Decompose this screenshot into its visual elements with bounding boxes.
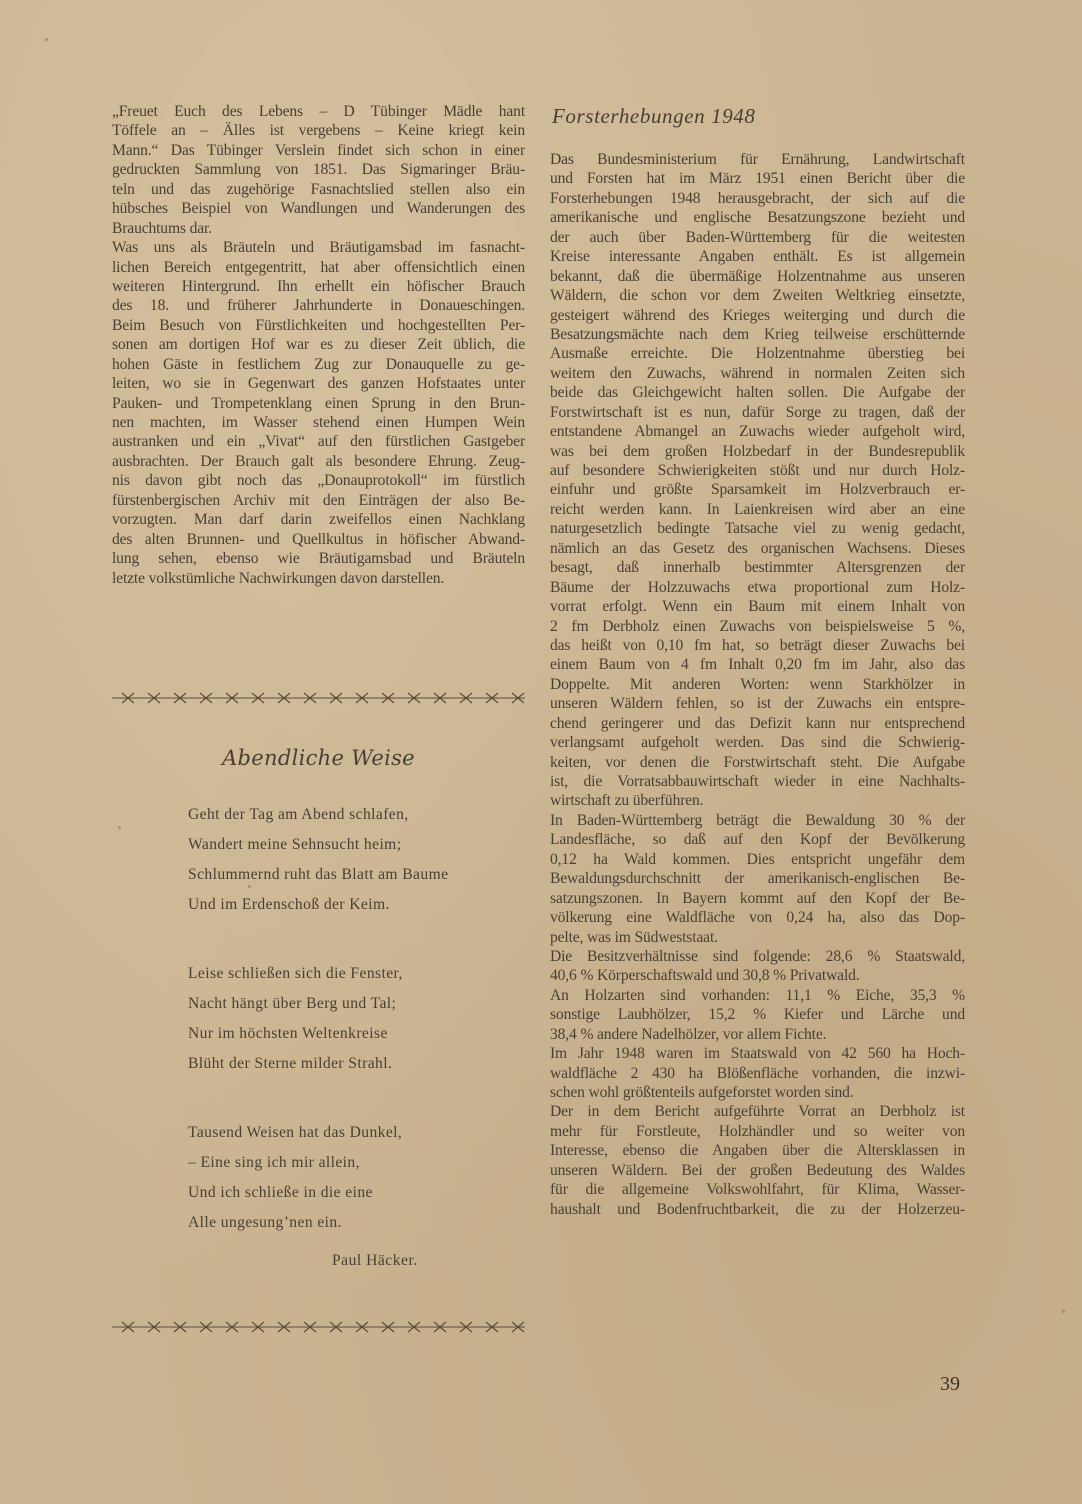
text-line: „Freuet Euch des Lebens – D Tübinger Mäd… <box>112 102 525 121</box>
poem-line: Blüht der Sterne milder Strahl. <box>188 1055 392 1073</box>
text-line: vorrat erfolgt. Wenn ein Baum mit einem … <box>550 597 965 616</box>
text-line: In Baden-Württemberg beträgt die Bewaldu… <box>550 811 965 830</box>
poem-line: Schlummernd ruht das Blatt am Baume <box>188 866 448 884</box>
text-line: weitem den Zuwachs, während in normalen … <box>550 364 965 383</box>
text-line: bekannt, daß die übermäßige Holzentnahme… <box>550 267 965 286</box>
text-line: austranken und ein „Vivat“ auf den fürst… <box>112 432 525 451</box>
text-line: Was uns als Bräuteln und Bräutigamsbad i… <box>112 238 525 257</box>
paragraph: Im Jahr 1948 waren im Staatswald von 42 … <box>550 1044 965 1102</box>
poem-line: Und im Erdenschoß der Keim. <box>188 896 390 914</box>
text-line: 0,12 ha Wald kommen. Dies entspricht ung… <box>550 850 965 869</box>
text-line: hübsches Beispiel von Wandlungen und Wan… <box>112 199 525 218</box>
text-line: reicht werden kann. In Laienkreisen wird… <box>550 500 965 519</box>
text-line: des 18. und früherer Jahrhunderte in Don… <box>112 296 525 315</box>
text-line: fürstenbergischen Archiv mit den Einträg… <box>112 491 525 510</box>
text-line: das heißt von 0,10 fm hat, so beträgt di… <box>550 636 965 655</box>
poem-line: Wandert meine Sehnsucht heim; <box>188 836 401 854</box>
paragraph: Die Besitzverhältnisse sind folgende: 28… <box>550 947 965 986</box>
poem-line: Alle ungesung’nen ein. <box>188 1214 342 1232</box>
text-line: nen machten, im Wasser stehend einen Hum… <box>112 413 525 432</box>
paragraph: Was uns als Bräuteln und Bräutigamsbad i… <box>112 238 525 588</box>
poem-line: Und ich schließe in die eine <box>188 1184 373 1202</box>
text-line: Forstwirtschaft ist es nun, dafür Sorge … <box>550 403 965 422</box>
text-line: leiten, wo sie in Gegenwart des ganzen H… <box>112 374 525 393</box>
text-line: amerikanische und englische Besatzungszo… <box>550 208 965 227</box>
poem-line: Leise schließen sich die Fenster, <box>188 965 403 983</box>
text-line: 2 fm Derbholz einen Zuwachs von beispiel… <box>550 617 965 636</box>
text-line: Das Bundesministerium für Ernährung, Lan… <box>550 150 965 169</box>
text-line: teln und das zugehörige Fasnachtslied st… <box>112 180 525 199</box>
text-line: 40,6 % Körperschaftswald und 30,8 % Priv… <box>550 966 965 985</box>
text-line: Besatzungsmächte nach dem Krieg teilweis… <box>550 325 965 344</box>
text-line: An Holzarten sind vorhanden: 11,1 % Eich… <box>550 986 965 1005</box>
text-line: Interesse, ebenso die Angaben über die A… <box>550 1141 965 1160</box>
text-line: lichen Bereich entgegentritt, hat aber o… <box>112 258 525 277</box>
text-line: und Forsten hat im März 1951 einen Beric… <box>550 169 965 188</box>
text-line: der auch über Baden-Württemberg für die … <box>550 228 965 247</box>
poem-line: Nur im höchsten Weltenkreise <box>188 1025 388 1043</box>
text-line: was bei dem großen Holzbedarf in der Bun… <box>550 442 965 461</box>
text-line: Landesfläche, so daß auf den Kopf der Be… <box>550 830 965 849</box>
text-line: für die allgemeine Volkswohlfahrt, für K… <box>550 1180 965 1199</box>
text-line: schen wohl größtenteils aufgeforstet wor… <box>550 1083 965 1102</box>
poem-line: Nacht hängt über Berg und Tal; <box>188 995 396 1013</box>
text-line: beide das Gleichgewicht halten sollen. D… <box>550 383 965 402</box>
text-line: naturgesetzlich bedingte Tatsache viel z… <box>550 519 965 538</box>
text-line: Brauchtums dar. <box>112 219 525 238</box>
article-heading: Forsterhebungen 1948 <box>552 104 756 129</box>
poem-title: Abendliche Weise <box>112 746 525 770</box>
text-line: unseren Wäldern. Bei der großen Bedeutun… <box>550 1161 965 1180</box>
paragraph: Der in dem Bericht aufgeführte Vorrat an… <box>550 1102 965 1219</box>
text-line: 38,4 % andere Nadelhölzer, vor allem Fic… <box>550 1025 965 1044</box>
cross-stitch-divider-icon <box>112 1320 525 1334</box>
text-line: waldfläche 2 430 ha Blößenfläche vorhand… <box>550 1064 965 1083</box>
poem-line: – Eine sing ich mir allein, <box>188 1154 360 1172</box>
text-line: pelte, was im Südweststaat. <box>550 928 965 947</box>
text-line: mehr für Forstleute, Holzhändler und so … <box>550 1122 965 1141</box>
text-line: hohen Gäste in festlichem Zug zur Donauq… <box>112 355 525 374</box>
text-line: Kreise interessante Angaben enthält. Es … <box>550 247 965 266</box>
text-line: Forsterhebungen 1948 herausgebracht, der… <box>550 189 965 208</box>
paragraph: An Holzarten sind vorhanden: 11,1 % Eich… <box>550 986 965 1044</box>
text-line: Ausmaße erreichte. Die Holzentnahme über… <box>550 344 965 363</box>
text-line: gesteigert während des Krieges weitergin… <box>550 306 965 325</box>
text-line: einfuhr und größte Sparsamkeit im Holzve… <box>550 480 965 499</box>
text-line: haushalt und Bodenfruchtbarkeit, die zu … <box>550 1200 965 1219</box>
text-line: Pauken- und Trompetenklang einen Sprung … <box>112 394 525 413</box>
text-line: Beim Besuch von Fürstlichkeiten und hoch… <box>112 316 525 335</box>
paper-speck <box>248 885 251 888</box>
paper-speck <box>1062 1310 1065 1313</box>
text-line: satzungszonen. In Bayern kommt auf den K… <box>550 889 965 908</box>
text-line: lung sehen, ebenso wie Bräutigamsbad und… <box>112 549 525 568</box>
text-line: nämlich an das Gesetz des organischen Wa… <box>550 539 965 558</box>
text-line: Die Besitzverhältnisse sind folgende: 28… <box>550 947 965 966</box>
text-line: einem Baum von 4 fm Inhalt 0,20 fm im Ja… <box>550 655 965 674</box>
text-line: vorzugten. Man darf darin zweifellos ein… <box>112 510 525 529</box>
poem-author: Paul Häcker. <box>332 1252 418 1270</box>
paper-speck <box>45 38 48 41</box>
text-line: völkerung eine Waldfläche von 0,24 ha, a… <box>550 908 965 927</box>
text-line: Mann.“ Das Tübinger Verslein findet sich… <box>112 141 525 160</box>
text-line: ist, die Vorratsabbauwirtschaft wieder i… <box>550 772 965 791</box>
paragraph: „Freuet Euch des Lebens – D Tübinger Mäd… <box>112 102 525 238</box>
text-line: chend geringerer und das Defizit kann nu… <box>550 714 965 733</box>
page-number: 39 <box>940 1373 960 1396</box>
paragraph: In Baden-Württemberg beträgt die Bewaldu… <box>550 811 965 947</box>
paragraph: Das Bundesministerium für Ernährung, Lan… <box>550 150 965 811</box>
text-line: Bewaldungsdurchschnitt der amerikanisch-… <box>550 869 965 888</box>
text-line: ausbrachten. Der Brauch galt als besonde… <box>112 452 525 471</box>
text-line: unseren Wäldern fehlen, so ist der Zuwac… <box>550 694 965 713</box>
text-line: sonen am dortigen Hof war es zu dieser Z… <box>112 335 525 354</box>
text-line: gedruckten Sammlung von 1851. Das Sigmar… <box>112 160 525 179</box>
text-line: besagt, daß innerhalb bestimmter Altersg… <box>550 558 965 577</box>
text-line: Töffele an – Älles ist vergebens – Keine… <box>112 121 525 140</box>
text-line: Im Jahr 1948 waren im Staatswald von 42 … <box>550 1044 965 1063</box>
text-line: auf besondere Schwierigkeiten stößt und … <box>550 461 965 480</box>
text-line: des alten Brunnen- und Quellkultus in hö… <box>112 530 525 549</box>
text-line: keiten, vor denen die Forstwirtschaft st… <box>550 753 965 772</box>
text-line: Bäume der Holzzuwachs etwa proportional … <box>550 578 965 597</box>
left-column: „Freuet Euch des Lebens – D Tübinger Mäd… <box>112 102 525 588</box>
text-line: Wäldern, die schon vor dem Zweiten Weltk… <box>550 286 965 305</box>
text-line: Der in dem Bericht aufgeführte Vorrat an… <box>550 1102 965 1121</box>
right-column: Das Bundesministerium für Ernährung, Lan… <box>550 150 965 1219</box>
text-line: letzte volkstümliche Nachwirkungen davon… <box>112 569 525 588</box>
text-line: sonstige Laubhölzer, 15,2 % Kiefer und L… <box>550 1005 965 1024</box>
book-page: „Freuet Euch des Lebens – D Tübinger Mäd… <box>0 0 1082 1504</box>
text-line: nis davon gibt noch das „Donauprotokoll“… <box>112 471 525 490</box>
text-line: entstandene Abmangel an Zuwachs wieder a… <box>550 422 965 441</box>
text-line: Doppelte. Mit anderen Worten: wenn Stark… <box>550 675 965 694</box>
text-line: weiteren Hintergrund. Ihn erhellt ein hö… <box>112 277 525 296</box>
paper-speck <box>118 826 121 829</box>
text-line: verlangsamt aufgeholt werden. Das sind d… <box>550 733 965 752</box>
poem-line: Tausend Weisen hat das Dunkel, <box>188 1124 402 1142</box>
poem-line: Geht der Tag am Abend schlafen, <box>188 806 409 824</box>
cross-stitch-divider-icon <box>112 691 525 705</box>
text-line: wirtschaft zu überführen. <box>550 791 965 810</box>
